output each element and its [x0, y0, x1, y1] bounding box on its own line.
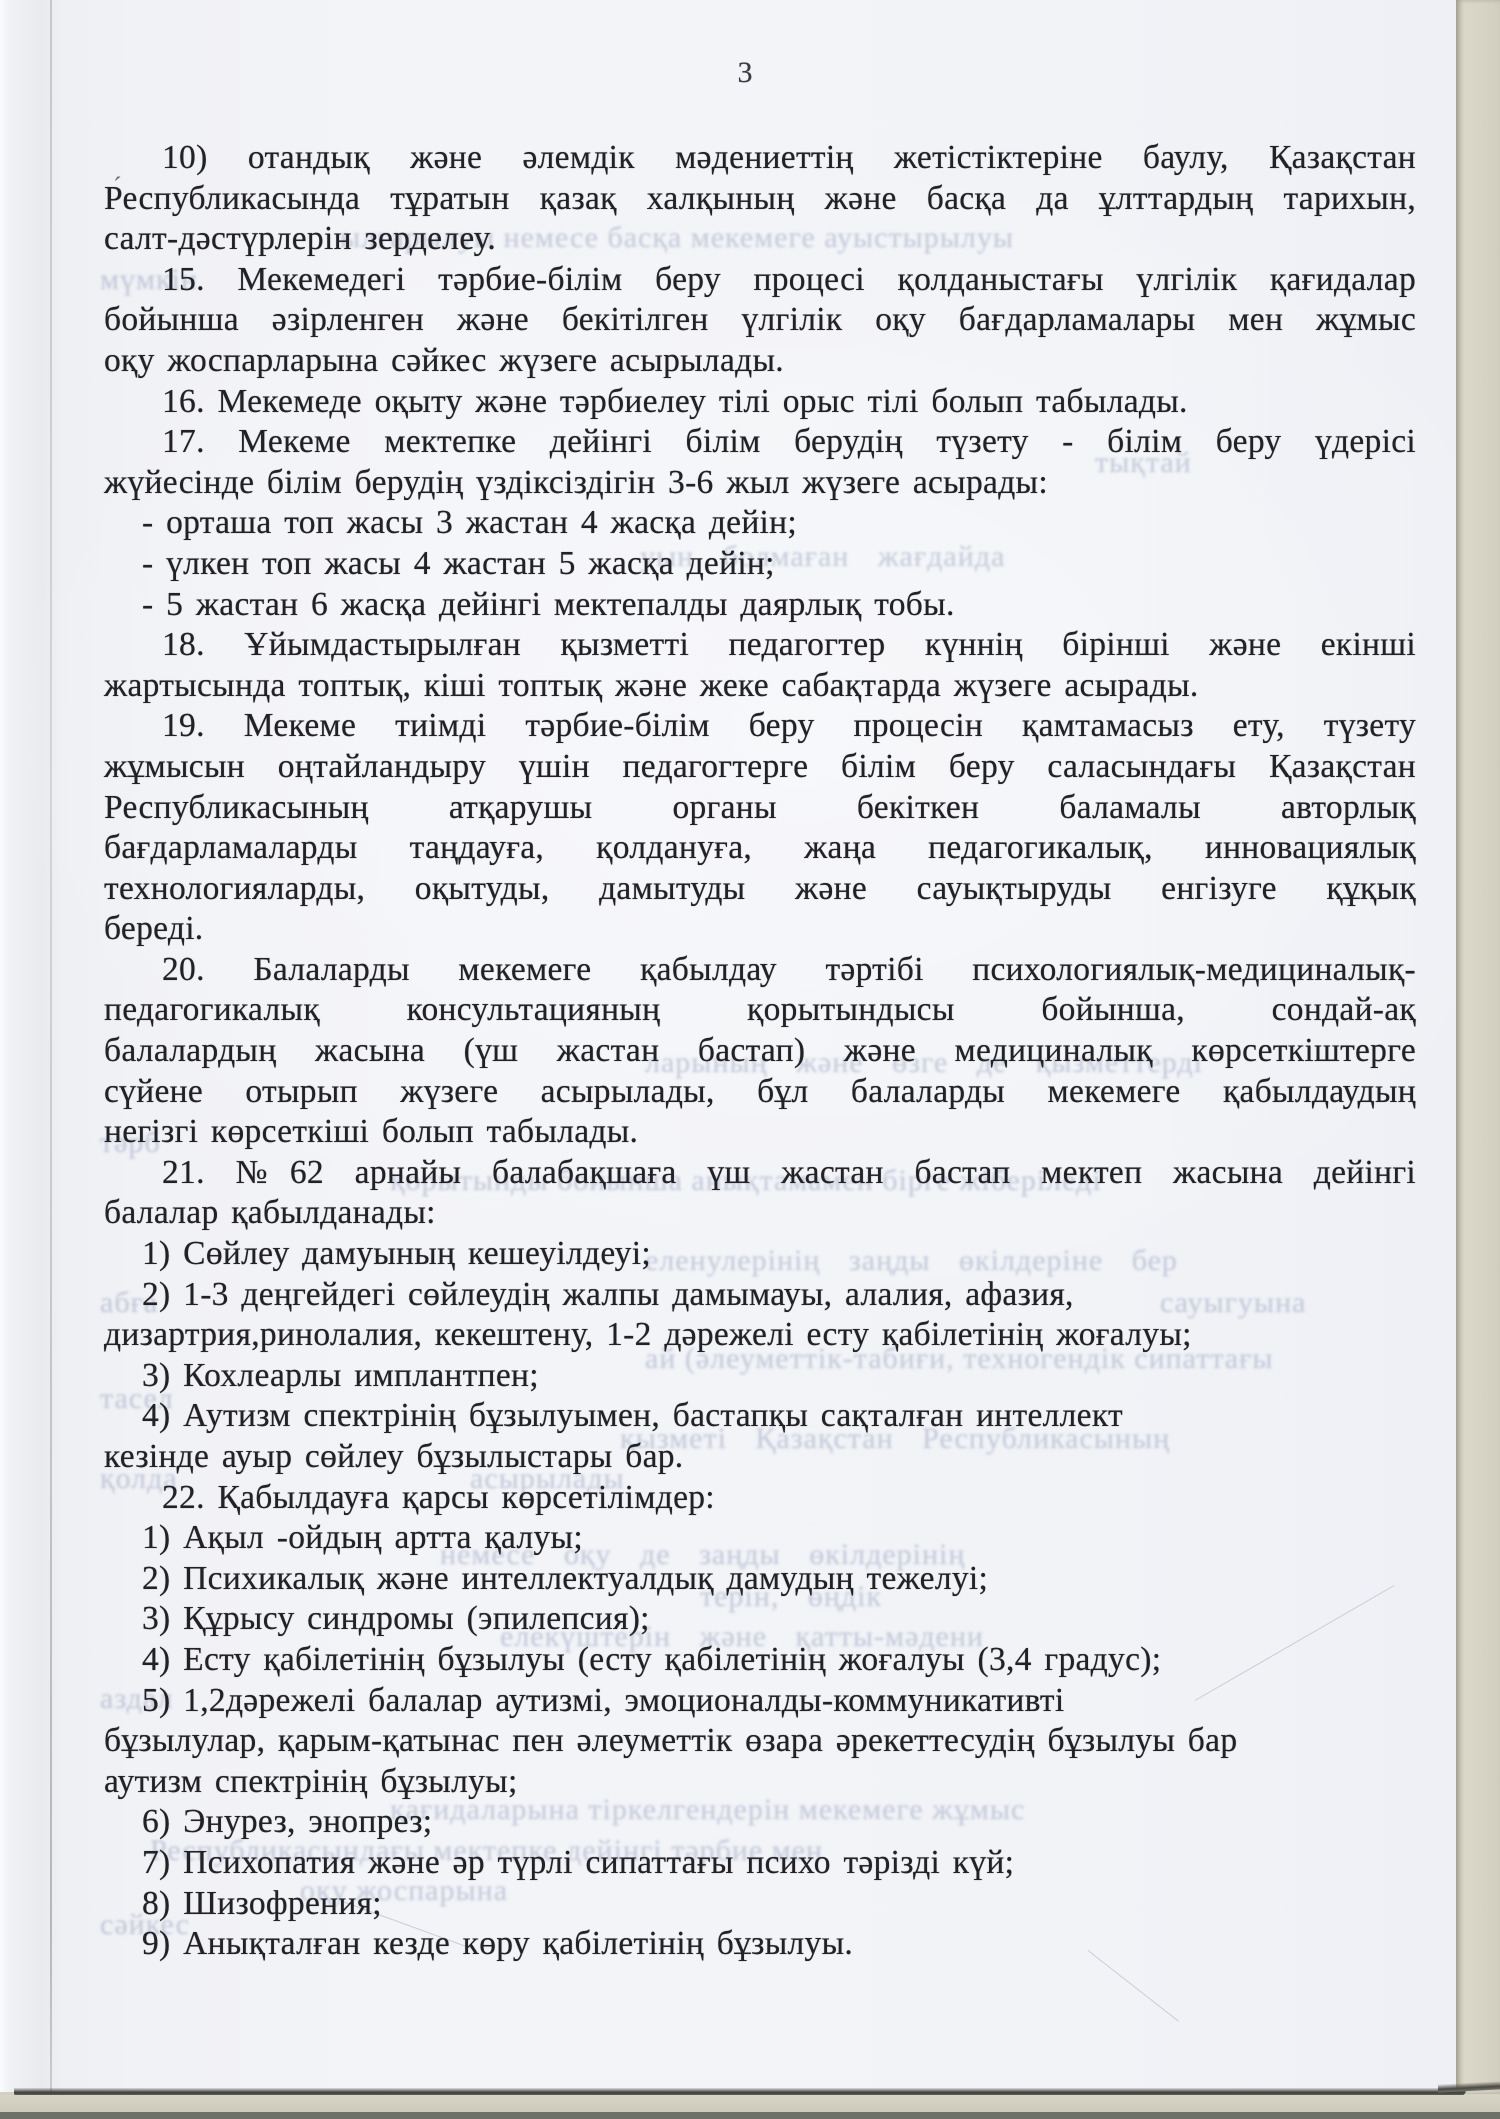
page-number: 3: [700, 56, 790, 90]
text-line: жұмысын оңтайландыру үшін педагогтерге б…: [104, 747, 1416, 788]
stray-accent-mark: ˊ: [113, 172, 122, 202]
text-line: бағдарламаларды таңдауға, қолдануға, жаң…: [104, 828, 1416, 869]
page-fold-shadow: [50, 0, 52, 2092]
text-line: 15. Мекемедегі тәрбие-білім беру процесі…: [104, 260, 1416, 301]
text-line: бойынша әзірленген және бекітілген үлгіл…: [104, 300, 1416, 341]
right-backing-strip: [1456, 0, 1500, 2094]
bottom-dark-bar: [0, 2112, 1500, 2119]
text-line: жартысында топтық, кіші топтық және жеке…: [104, 666, 1416, 707]
text-line: 5) 1,2дәрежелі балалар аутизмі, эмоциона…: [104, 1681, 1416, 1722]
text-line: 1) Сөйлеу дамуының кешеуілдеуі;: [104, 1234, 1416, 1275]
text-line: технологияларды, оқытуды, дамытуды және …: [104, 869, 1416, 910]
text-line: Республикасының атқарушы органы бекіткен…: [104, 788, 1416, 829]
text-line: 1) Ақыл -ойдың артта қалуы;: [104, 1518, 1416, 1559]
text-line: 21. №62 арнайы балабақшаға үш жастан бас…: [104, 1153, 1416, 1194]
text-line: 22. Қабылдауға қарсы көрсетілімдер:: [104, 1478, 1416, 1519]
text-line: 9) Анықталған кезде көру қабілетінің бұз…: [104, 1924, 1416, 1965]
text-line: аутизм спектрінің бұзылуы;: [104, 1762, 1416, 1803]
text-line: педагогикалық консультацияның қорытындыс…: [104, 990, 1416, 1031]
text-line: 3) Құрысу синдромы (эпилепсия);: [104, 1599, 1416, 1640]
text-line: Республикасында тұратын қазақ халқының ж…: [104, 179, 1416, 220]
text-line: береді.: [104, 909, 1416, 950]
text-line: 3) Кохлеарлы имплантпен;: [104, 1356, 1416, 1397]
text-line: кезінде ауыр сөйлеу бұзылыстары бар.: [104, 1437, 1416, 1478]
text-line: жүйесінде білім берудің үздіксіздігін 3-…: [104, 463, 1416, 504]
bottom-backing-strip: [0, 2095, 1500, 2112]
text-line: 18. Ұйымдастырылған қызметті педагогтер …: [104, 625, 1416, 666]
text-line: 4) Есту қабілетінің бұзылуы (есту қабіле…: [104, 1640, 1416, 1681]
text-line: - орташа топ жасы 3 жастан 4 жасқа дейін…: [104, 503, 1416, 544]
text-line: 20. Балаларды мекемеге қабылдау тәртібі …: [104, 950, 1416, 991]
text-line: оқу жоспарларына сәйкес жүзеге асырылады…: [104, 341, 1416, 382]
text-line: 6) Энурез, энопрез;: [104, 1802, 1416, 1843]
text-line: салт-дәстүрлерін зерделеу.: [104, 219, 1416, 260]
text-line: негізгі көрсеткіші болып табылады.: [104, 1112, 1416, 1153]
text-line: 10) отандық және әлемдік мәдениеттің жет…: [104, 138, 1416, 179]
text-line: 8) Шизофрения;: [104, 1884, 1416, 1925]
text-line: - үлкен топ жасы 4 жастан 5 жасқа дейін;: [104, 544, 1416, 585]
text-line: балалар қабылданады:: [104, 1193, 1416, 1234]
text-line: бұзылулар, қарым-қатынас пен әлеуметтік …: [104, 1721, 1416, 1762]
text-line: 2) 1-3 деңгейдегі сөйлеудің жалпы дамыма…: [104, 1275, 1416, 1316]
text-line: - 5 жастан 6 жасқа дейінгі мектепалды да…: [104, 585, 1416, 626]
text-line: сүйене отырып жүзеге асырылады, бұл бала…: [104, 1072, 1416, 1113]
text-line: балалардың жасына (үш жастан бастап) жән…: [104, 1031, 1416, 1072]
text-line: 7) Психопатия және әр түрлі сипаттағы пс…: [104, 1843, 1416, 1884]
scanned-document-page: 3 10) отандық және әлемдік мәдениеттің ж…: [0, 0, 1500, 2119]
text-line: 17. Мекеме мектепке дейінгі білім беруді…: [104, 422, 1416, 463]
document-text: 10) отандық және әлемдік мәдениеттің жет…: [104, 138, 1416, 1965]
text-line: дизартрия,ринолалия, кекештену, 1-2 дәре…: [104, 1315, 1416, 1356]
text-line: 19. Мекеме тиімді тәрбие-білім беру проц…: [104, 706, 1416, 747]
text-line: 4) Аутизм спектрінің бұзылуымен, бастапқ…: [104, 1396, 1416, 1437]
text-line: 16. Мекемеде оқыту және тәрбиелеу тілі о…: [104, 382, 1416, 423]
text-line: 2) Психикалық және интеллектуалдық дамуд…: [104, 1559, 1416, 1600]
